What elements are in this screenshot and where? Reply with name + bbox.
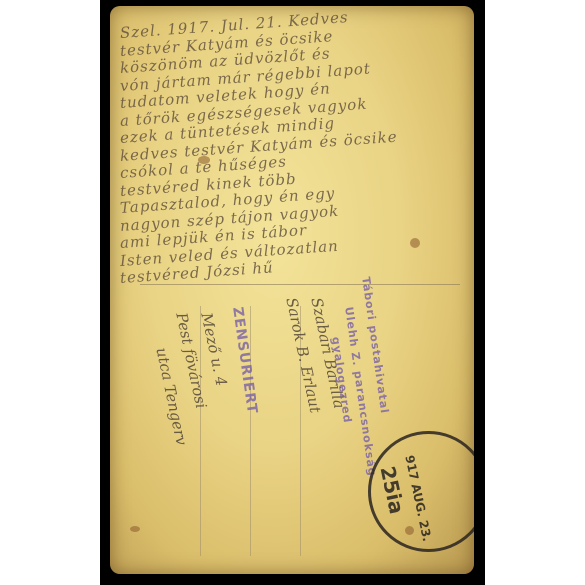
stain (130, 526, 140, 532)
address-guide-line (200, 306, 201, 556)
censor-stamp: ZENSURIERT (229, 306, 260, 415)
postcard-back: Szel. 1917. Jul. 21. Kedvestestvér Katyá… (110, 6, 474, 574)
stain (198, 156, 210, 164)
stain (405, 526, 414, 535)
address-divider (140, 284, 460, 285)
postmark-number: 25ia (376, 464, 409, 516)
stain (410, 238, 420, 248)
postmark-stamp: 917 AUG. 23. 25ia (368, 431, 474, 552)
